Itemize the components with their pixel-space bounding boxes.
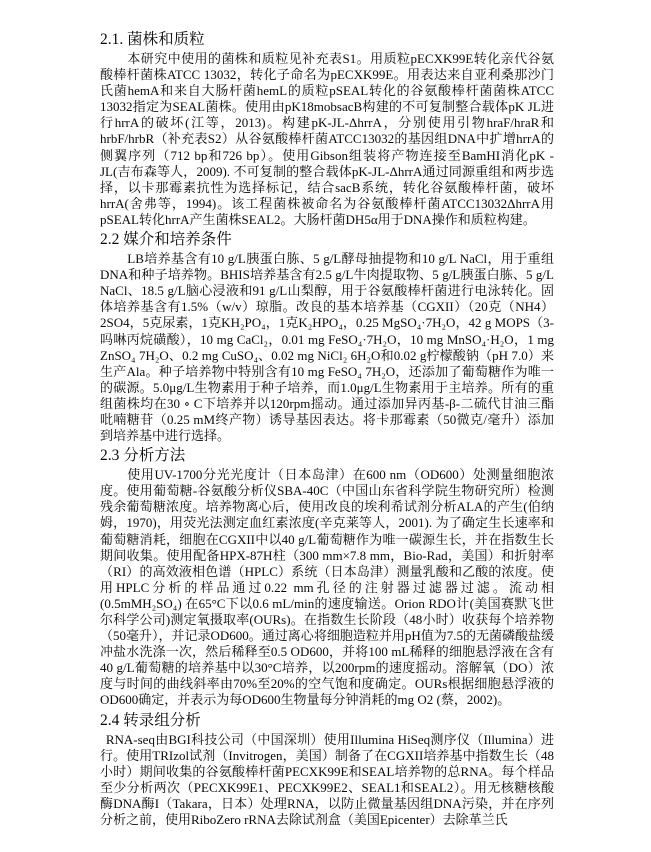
section-paragraph-2-2: LB培养基含有10 g/L胰蛋白胨、5 g/L酵母抽提物和10 g/L NaCl… — [100, 251, 554, 444]
document-page: 2.1. 菌株和质粒 本研究中使用的菌株和质粒见补充表S1。用质粒pECXK99… — [0, 0, 651, 852]
section-transcriptome-analysis: 2.4 转录组分析 RNA-seq由BGI科技公司（中国深圳）使用Illumin… — [100, 710, 554, 829]
section-heading-2-3: 2.3 分析方法 — [100, 445, 554, 466]
section-strains-and-plasmids: 2.1. 菌株和质粒 本研究中使用的菌株和质粒见补充表S1。用质粒pECXK99… — [100, 29, 554, 228]
section-heading-2-2: 2.2 媒介和培养条件 — [100, 229, 554, 250]
section-paragraph-2-1: 本研究中使用的菌株和质粒见补充表S1。用质粒pECXK99E转化亲代谷氨酸棒杆菌… — [100, 51, 554, 228]
section-paragraph-2-3: 使用UV-1700分光光度计（日本岛津）在600 nm（OD600）处测量细胞浓… — [100, 467, 554, 708]
section-heading-2-4: 2.4 转录组分析 — [100, 710, 554, 731]
section-heading-2-1: 2.1. 菌株和质粒 — [100, 29, 554, 50]
section-analysis-methods: 2.3 分析方法 使用UV-1700分光光度计（日本岛津）在600 nm（OD6… — [100, 445, 554, 708]
section-media-and-culture-conditions: 2.2 媒介和培养条件 LB培养基含有10 g/L胰蛋白胨、5 g/L酵母抽提物… — [100, 229, 554, 444]
section-paragraph-2-4: RNA-seq由BGI科技公司（中国深圳）使用Illumina HiSeq测序仪… — [100, 732, 554, 829]
